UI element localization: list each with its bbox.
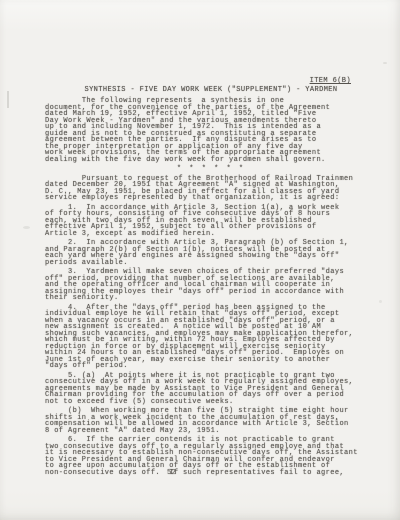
asterisk-separator: * * * * * * (45, 166, 377, 173)
item-reference-label: ITEM 6(B) (45, 78, 377, 85)
scan-artifact-left-smudge (23, 226, 30, 229)
clause-4-paragraph: 4. After the "days off" period has been … (45, 305, 377, 370)
scan-artifact-left-dash (7, 91, 9, 108)
scanned-document-page: ITEM 6(B) SYNTHESIS - FIVE DAY WORK WEEK… (0, 0, 400, 520)
scan-artifact-right-speck (383, 62, 387, 64)
clause-3-paragraph: 3. Yardmen will make seven choices of th… (45, 269, 377, 302)
clause-2-paragraph: 2. In accordance with Article 3, Paragra… (45, 240, 377, 266)
page-number: 52 (167, 470, 176, 477)
clause-5b-paragraph: (b) When working more than five (5) stra… (45, 408, 377, 434)
intro-paragraph: The following represents a synthesis in … (45, 98, 377, 163)
clause-6-paragraph: 6. If the carrier contends it is not pra… (45, 437, 377, 476)
scan-artifact-right-speck-2 (379, 300, 382, 303)
document-title: SYNTHESIS - FIVE DAY WORK WEEK ("SUPPLEM… (45, 87, 377, 94)
clause-5a-paragraph: 5. (a) At points where it is not practic… (45, 373, 377, 406)
pursuant-paragraph: Pursuant to request of the Brotherhood o… (45, 176, 377, 202)
document-text-block: ITEM 6(B) SYNTHESIS - FIVE DAY WORK WEEK… (45, 78, 377, 479)
clause-1-paragraph: 1. In accordance with Article 3, Section… (45, 205, 377, 238)
